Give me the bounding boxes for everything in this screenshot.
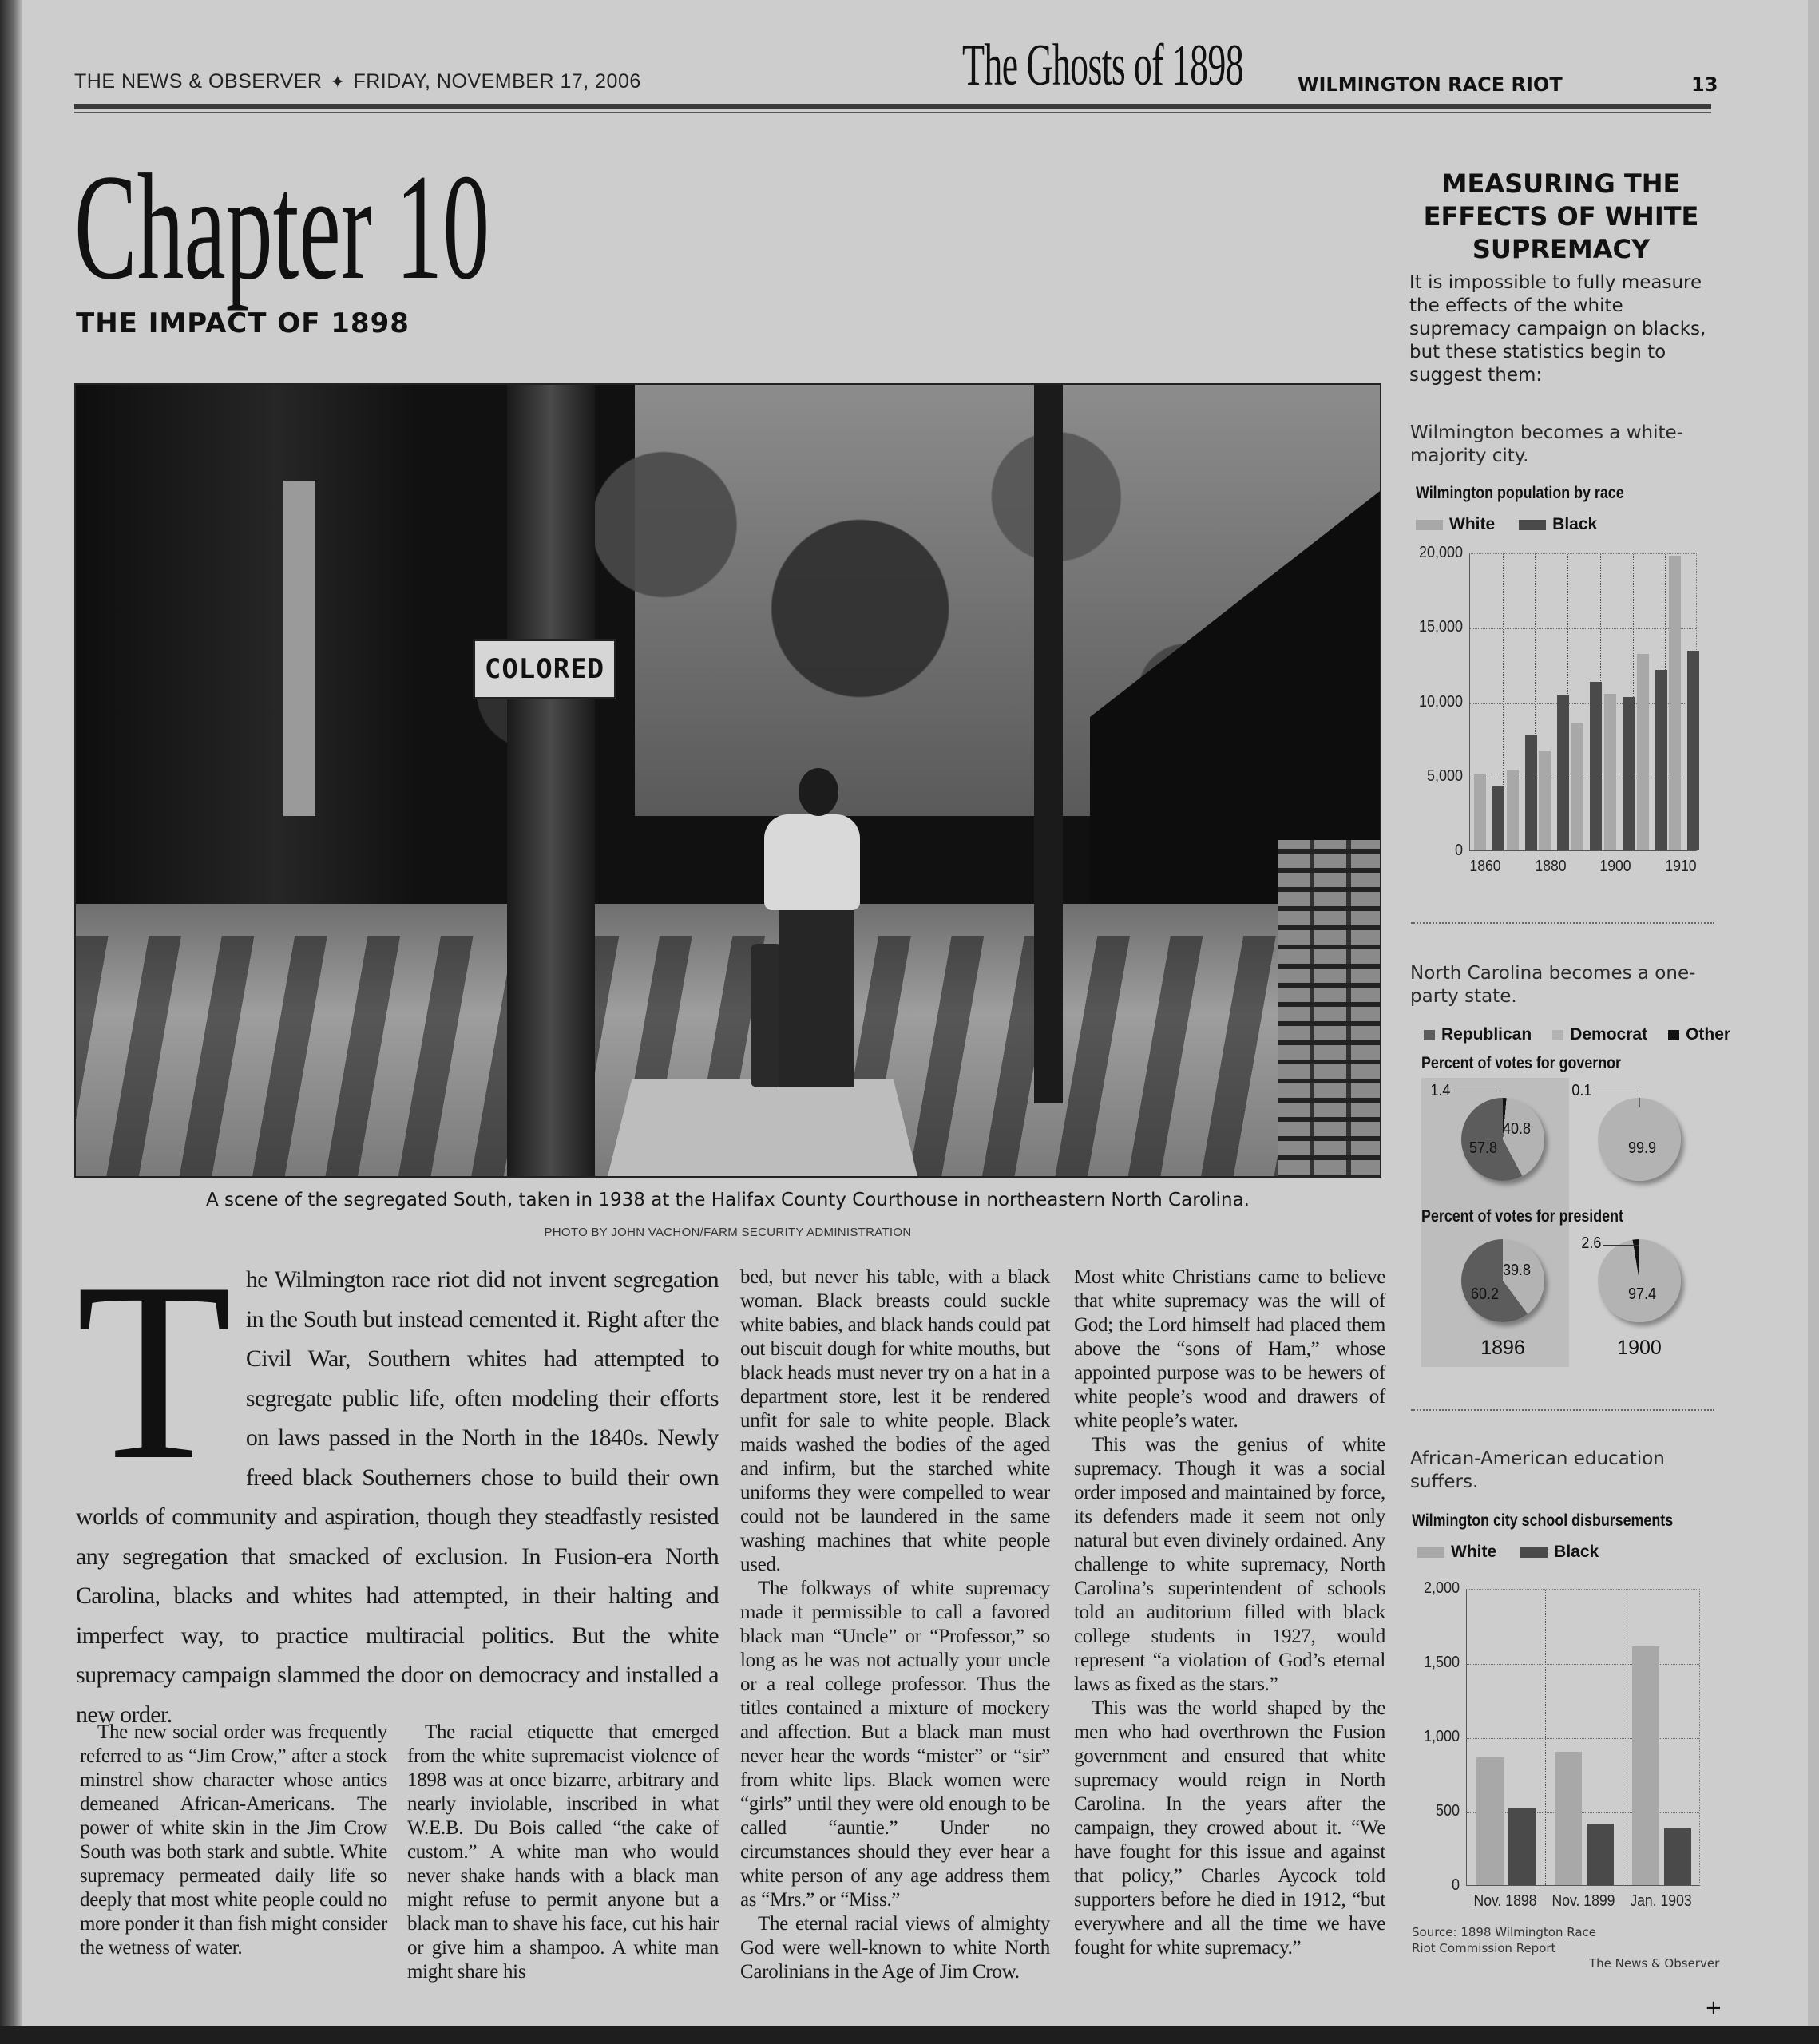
black-bar (1557, 695, 1569, 850)
page-edge (1808, 0, 1819, 2044)
photo-brick-pillar (1278, 840, 1381, 1178)
section1-subhead: Wilmington becomes a white-majority city… (1410, 422, 1714, 468)
section-label: WILMINGTON RACE RIOT (1298, 73, 1563, 96)
y-tick-label: 15,000 (1413, 618, 1463, 636)
gridline (1467, 1664, 1699, 1665)
black-bar (1508, 1808, 1536, 1885)
header-rule-thin (74, 112, 1711, 113)
x-tick-label: 1900 (1584, 858, 1647, 876)
historical-photo: COLORED (74, 383, 1381, 1178)
gridline (1545, 1590, 1546, 1885)
white-bar (1474, 774, 1486, 850)
y-tick-label: 500 (1409, 1802, 1460, 1820)
other-value: 1.4 (1430, 1082, 1450, 1100)
president-chart-title: Percent of votes for president (1421, 1207, 1623, 1226)
black-bar (1587, 1824, 1614, 1885)
party-legend: Republican Democrat Other (1424, 1025, 1730, 1044)
black-bar (1623, 697, 1635, 850)
black-bar (1687, 651, 1699, 850)
photo-boy-head (799, 768, 838, 816)
legend-white: White (1416, 515, 1495, 534)
paragraph: The new social order was frequently refe… (80, 1721, 387, 1960)
governor-pie-1900: 0.1 99.9 (1585, 1082, 1729, 1226)
black-bar (1590, 682, 1602, 850)
paragraph: The racial etiquette that emerged from t… (407, 1721, 719, 1984)
pie-chart (1598, 1239, 1681, 1322)
leader-line (1452, 1091, 1500, 1091)
white-swatch-icon (1417, 1547, 1444, 1558)
chapter-title: Chapter 10 (74, 152, 489, 303)
sidebar-intro: It is impossible to fully measure the ef… (1409, 271, 1713, 387)
population-chart-title: Wilmington population by race (1416, 484, 1624, 503)
page-number: 13 (1691, 73, 1718, 96)
lead-paragraph: The Wilmington race riot did not invent … (76, 1260, 719, 1734)
sidebar-divider (1411, 922, 1714, 924)
democrat-value: 40.8 (1503, 1120, 1531, 1139)
paragraph: This was the world shaped by the men who… (1074, 1697, 1385, 1960)
population-plot-area (1469, 553, 1697, 851)
black-swatch-icon (1520, 1547, 1548, 1558)
photo-courthouse (76, 385, 411, 944)
democrat-value: 39.8 (1503, 1262, 1531, 1280)
school-legend: White Black (1417, 1543, 1599, 1562)
republican-swatch-icon (1424, 1030, 1435, 1040)
legend-other: Other (1668, 1025, 1730, 1044)
school-chart-title: Wilmington city school disbursements (1412, 1511, 1673, 1531)
issue-date: FRIDAY, NOVEMBER 17, 2006 (353, 70, 640, 93)
article-column-3: Most white Christians came to believe th… (1074, 1266, 1385, 1960)
white-bar (1637, 654, 1649, 850)
white-bar (1507, 770, 1519, 850)
white-bar (1604, 694, 1616, 850)
school-bar-chart: 2,0001,5001,0005000Nov. 1898Nov. 1899Jan… (1405, 1577, 1725, 1924)
other-value: 0.1 (1571, 1082, 1591, 1100)
republican-value: 60.2 (1471, 1285, 1499, 1304)
gridline (1470, 628, 1696, 629)
y-tick-label: 1,500 (1409, 1654, 1460, 1672)
sidebar-title: MEASURING THE EFFECTS OF WHITE SUPREMACY (1409, 168, 1713, 266)
white-bar (1571, 723, 1583, 850)
drop-cap: T (76, 1268, 232, 1491)
x-tick-label: Nov. 1898 (1473, 1892, 1536, 1911)
photo-concrete-slab (607, 1079, 918, 1178)
republican-value: 57.8 (1469, 1139, 1497, 1158)
photo-credit: PHOTO BY JOHN VACHON/FARM SECURITY ADMIN… (74, 1226, 1381, 1239)
chart-source: Source: 1898 Wilmington Race Riot Commis… (1412, 1924, 1619, 1956)
y-tick-label: 1,000 (1409, 1728, 1460, 1746)
paper-name: THE NEWS & OBSERVER (74, 70, 323, 93)
x-tick-label: Nov. 1899 (1551, 1892, 1615, 1911)
series-title: The Ghosts of 1898 (962, 32, 1243, 100)
white-bar (1632, 1646, 1659, 1885)
paragraph: The folkways of white supremacy made it … (740, 1577, 1050, 1912)
legend-black: Black (1519, 515, 1597, 534)
white-bar (1539, 751, 1551, 850)
page-bottom-edge (0, 2026, 1819, 2044)
y-tick-label: 5,000 (1413, 767, 1463, 786)
photo-water-fountain (751, 944, 783, 1087)
white-bar (1669, 556, 1681, 850)
paragraph: This was the genius of white supremacy. … (1074, 1433, 1385, 1697)
photo-boy-legs (779, 904, 854, 1087)
photo-main-tree (507, 385, 595, 1178)
x-tick-label: Jan. 1903 (1630, 1892, 1693, 1911)
black-bar (1664, 1828, 1691, 1885)
gridline (1467, 1738, 1699, 1739)
header-rule (74, 104, 1711, 109)
diamond-separator-icon: ✦ (331, 72, 346, 92)
graphic-credit: The News & Observer (1589, 1956, 1719, 1971)
y-tick-label: 2,000 (1409, 1579, 1460, 1598)
president-pie-1900: 2.6 97.4 1900 (1585, 1238, 1729, 1381)
y-tick-label: 0 (1409, 1876, 1460, 1895)
school-plot-area (1466, 1589, 1700, 1886)
photo-tree-trunk (1034, 385, 1063, 1103)
paragraph: bed, but never his table, with a black w… (740, 1266, 1050, 1577)
paragraph: Most white Christians came to believe th… (1074, 1266, 1385, 1433)
article-column-1a: The new social order was frequently refe… (80, 1721, 387, 1960)
governor-pie-1896: 1.4 40.8 57.8 (1429, 1082, 1573, 1226)
article-column-1b: The racial etiquette that emerged from t… (407, 1721, 719, 1984)
black-bar (1655, 670, 1667, 850)
other-swatch-icon (1668, 1030, 1679, 1040)
folio-line: THE NEWS & OBSERVER✦FRIDAY, NOVEMBER 17,… (74, 70, 641, 93)
y-tick-label: 20,000 (1413, 544, 1463, 562)
newspaper-page: THE NEWS & OBSERVER✦FRIDAY, NOVEMBER 17,… (0, 0, 1819, 2044)
section3-subhead: African-American education suffers. (1410, 1448, 1714, 1494)
x-tick-label: 1880 (1519, 858, 1582, 876)
democrat-value: 99.9 (1628, 1139, 1656, 1158)
black-bar (1525, 735, 1537, 850)
legend-black: Black (1520, 1543, 1599, 1562)
legend-white: White (1417, 1543, 1496, 1562)
white-swatch-icon (1416, 520, 1443, 530)
white-bar (1555, 1752, 1582, 1885)
other-value: 2.6 (1581, 1234, 1601, 1253)
leader-line (1603, 1245, 1639, 1246)
democrat-value: 97.4 (1628, 1285, 1656, 1304)
article-column-2: bed, but never his table, with a black w… (740, 1266, 1050, 1984)
black-swatch-icon (1519, 520, 1546, 530)
white-bar (1476, 1757, 1504, 1885)
gridline (1623, 1590, 1623, 1885)
year-label: 1896 (1455, 1337, 1551, 1360)
year-label: 1900 (1591, 1337, 1687, 1360)
photo-column (283, 481, 315, 816)
democrat-swatch-icon (1552, 1030, 1563, 1040)
registration-mark-icon: + (1705, 1996, 1722, 2020)
sidebar-divider (1411, 1409, 1714, 1411)
y-tick-label: 10,000 (1413, 693, 1463, 711)
legend-democrat: Democrat (1552, 1025, 1647, 1044)
pie-chart (1461, 1239, 1544, 1322)
colored-sign: COLORED (473, 639, 616, 699)
photo-boy-shirt (764, 814, 860, 910)
leader-line (1595, 1091, 1639, 1091)
legend-republican: Republican (1424, 1025, 1532, 1044)
governor-chart-title: Percent of votes for governor (1421, 1054, 1621, 1073)
x-tick-label: 1860 (1454, 858, 1517, 876)
black-bar (1492, 786, 1504, 850)
x-tick-label: 1910 (1649, 858, 1712, 876)
chapter-subtitle: THE IMPACT OF 1898 (76, 307, 410, 339)
photo-caption: A scene of the segregated South, taken i… (74, 1190, 1381, 1210)
page-spine (0, 0, 22, 2044)
paragraph: The eternal racial views of almighty God… (740, 1912, 1050, 1984)
population-bar-chart: 20,00015,00010,0005,00001860188019001910 (1405, 543, 1725, 886)
section2-subhead: North Carolina becomes a one-party state… (1410, 962, 1714, 1008)
population-legend: White Black (1416, 515, 1597, 534)
president-pie-1896: 39.8 60.2 1896 (1429, 1238, 1573, 1381)
